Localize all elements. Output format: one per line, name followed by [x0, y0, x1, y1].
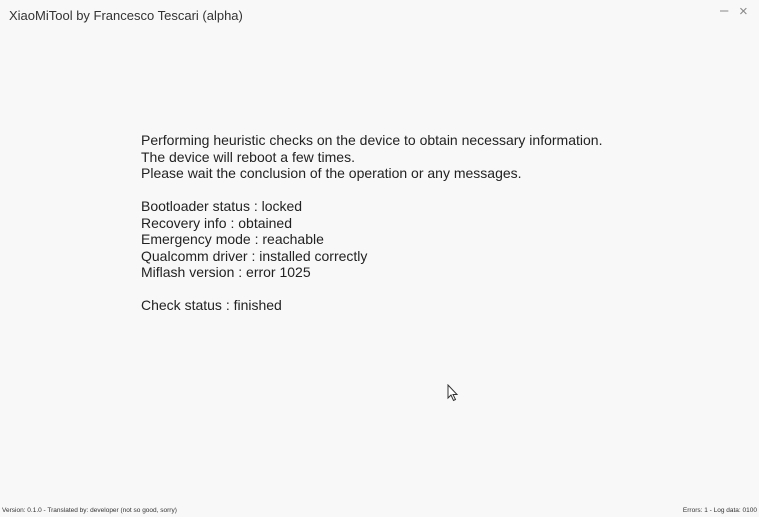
recovery-info: Recovery info : obtained [141, 215, 602, 232]
minimize-button[interactable]: – [720, 3, 728, 19]
window-title: XiaoMiTool by Francesco Tescari (alpha) [9, 8, 243, 23]
check-status: Check status : finished [141, 297, 602, 314]
qualcomm-driver: Qualcomm driver : installed correctly [141, 248, 602, 265]
emergency-mode: Emergency mode : reachable [141, 231, 602, 248]
version-info: Version: 0.1.0 - Translated by: develope… [2, 507, 177, 514]
bootloader-status: Bootloader status : locked [141, 198, 602, 215]
intro-line: Performing heuristic checks on the devic… [141, 132, 602, 149]
status-log: Performing heuristic checks on the devic… [141, 132, 602, 314]
mouse-pointer-icon [447, 384, 459, 402]
title-bar[interactable]: XiaoMiTool by Francesco Tescari (alpha) … [0, 0, 759, 30]
miflash-version: Miflash version : error 1025 [141, 264, 602, 281]
error-log-info: Errors: 1 - Log data: 0100 [683, 507, 757, 514]
close-button[interactable]: × [739, 4, 748, 20]
intro-line: Please wait the conclusion of the operat… [141, 165, 602, 182]
intro-line: The device will reboot a few times. [141, 149, 602, 166]
